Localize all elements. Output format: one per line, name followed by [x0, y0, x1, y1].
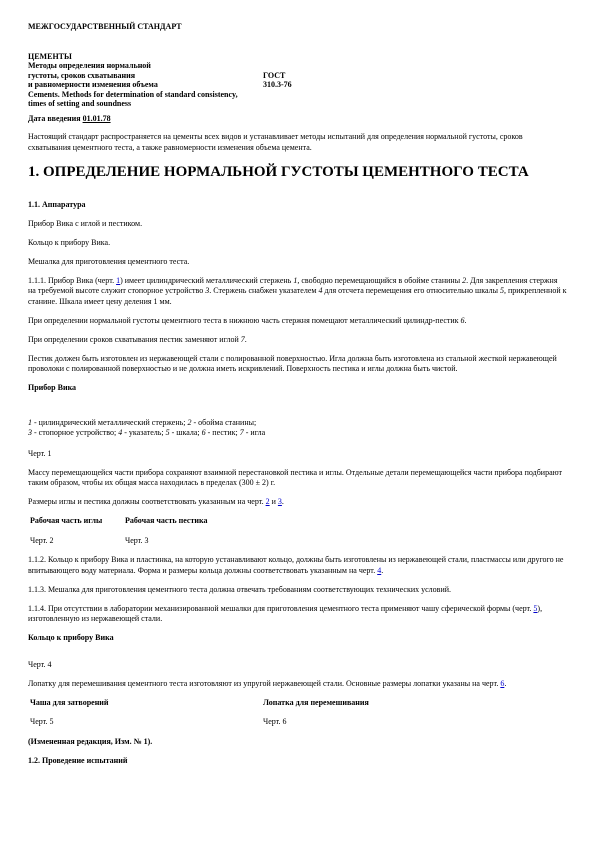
paragraph-mixer: Мешалка для приготовления цементного тес…	[28, 257, 567, 268]
paragraph-needle-use: При определении сроков схватывания пести…	[28, 335, 567, 346]
part-number-italic: 3	[28, 428, 32, 437]
paragraph-vicat-ring: Кольцо к прибору Вика.	[28, 238, 567, 249]
section-1-2-heading: 1.2. Проведение испытаний	[28, 756, 567, 767]
effective-date-line: Дата введения 01.01.78	[28, 114, 567, 125]
figure-1-caption: 1 - цилиндрический металлический стержен…	[28, 418, 567, 439]
part-number-italic: 4	[318, 286, 322, 295]
title-block-left: ЦЕМЕНТЫ Методы определения нормальной гу…	[28, 52, 263, 109]
part-number-italic: 6	[461, 316, 465, 325]
figure-link[interactable]: 2	[266, 497, 270, 506]
standard-subject: ЦЕМЕНТЫ	[28, 52, 263, 62]
part-number-italic: 5	[500, 286, 504, 295]
figure-pair-2-3-titles: Рабочая часть иглыРабочая часть пестика	[28, 516, 567, 527]
part-number-italic: 4	[118, 428, 122, 437]
figure-2-label: Черт. 2	[28, 536, 123, 547]
figure-6-title: Лопатка для перемешивания	[261, 698, 369, 709]
paragraph-1-1-2: 1.1.2. Кольцо к прибору Вика и пластинка…	[28, 555, 567, 576]
figure-6-label: Черт. 6	[261, 717, 287, 728]
figure-link[interactable]: 6	[500, 679, 504, 688]
figure-2-title: Рабочая часть иглы	[28, 516, 123, 527]
figure-link[interactable]: 3	[278, 497, 282, 506]
figure-pair-5-6-titles: Чаша для затворенийЛопатка для перемешив…	[28, 698, 567, 709]
amendment-note: (Измененная редакция, Изм. № 1).	[28, 737, 567, 748]
section-1-1-heading: 1.1. Аппаратура	[28, 200, 567, 211]
figure-pair-5-6-labels: Черт. 5Черт. 6	[28, 717, 567, 728]
paragraph-1-1-3: 1.1.3. Мешалка для приготовления цементн…	[28, 585, 567, 596]
figure-4-label: Черт. 4	[28, 660, 567, 671]
figure-5-label: Черт. 5	[28, 717, 261, 728]
part-number-italic: 3	[205, 286, 209, 295]
part-number-italic: 5	[166, 428, 170, 437]
figure-1-image-placeholder	[28, 394, 567, 418]
figure-1-label: Черт. 1	[28, 449, 567, 460]
effective-date-value: 01.01.78	[83, 114, 111, 123]
figure-link[interactable]: 5	[533, 604, 537, 613]
scope-paragraph: Настоящий стандарт распространяется на ц…	[28, 132, 567, 153]
part-number-italic: 1	[28, 418, 32, 427]
standard-title-en-line: times of setting and soundness	[28, 99, 263, 109]
title-block: ЦЕМЕНТЫ Методы определения нормальной гу…	[28, 52, 567, 109]
part-number-italic: 7	[240, 428, 244, 437]
standard-title-en-line: Cements. Methods for determination of st…	[28, 90, 263, 100]
paragraph-sizes: Размеры иглы и пестика должны соответств…	[28, 497, 567, 508]
part-number-italic: 1	[293, 276, 297, 285]
paragraph-1-1-4: 1.1.4. При отсутствии в лаборатории меха…	[28, 604, 567, 625]
paragraph-spatula: Лопатку для перемешивания цементного тес…	[28, 679, 567, 690]
figure-pair-5-6: Чаша для затворенийЛопатка для перемешив…	[28, 698, 567, 728]
figure-3-label: Черт. 3	[123, 536, 149, 547]
paragraph-pestle-use: При определении нормальной густоты цемен…	[28, 316, 567, 327]
standard-title-ru-line: Методы определения нормальной	[28, 61, 263, 71]
paragraph-steel-requirements: Пестик должен быть изготовлен из нержаве…	[28, 354, 567, 375]
paragraph-vicat-device: Прибор Вика с иглой и пестиком.	[28, 219, 567, 230]
standard-title-ru-line: густоты, сроков схватывания	[28, 71, 263, 81]
figure-5-title: Чаша для затворений	[28, 698, 261, 709]
figure-3-title: Рабочая часть пестика	[123, 516, 207, 527]
figure-4-image-placeholder	[28, 644, 567, 660]
designation-gost: ГОСТ	[263, 71, 292, 81]
document-page: МЕЖГОСУДАРСТВЕННЫЙ СТАНДАРТ ЦЕМЕНТЫ Мето…	[0, 0, 595, 842]
figure-link[interactable]: 1	[116, 276, 120, 285]
figure-1-title: Прибор Вика	[28, 383, 567, 394]
part-number-italic: 2	[462, 276, 466, 285]
figure-pair-2-3: Рабочая часть иглыРабочая часть пестика …	[28, 516, 567, 546]
part-number-italic: 6	[202, 428, 206, 437]
standard-type-label: МЕЖГОСУДАРСТВЕННЫЙ СТАНДАРТ	[28, 22, 567, 33]
effective-date-label: Дата введения	[28, 114, 83, 123]
figure-link[interactable]: 4	[377, 566, 381, 575]
section-1-heading: 1. ОПРЕДЕЛЕНИЕ НОРМАЛЬНОЙ ГУСТОТЫ ЦЕМЕНТ…	[28, 162, 548, 182]
designation-number: 310.3-76	[263, 80, 292, 90]
paragraph-1-1-1: 1.1.1. Прибор Вика (черт. 1) имеет цилин…	[28, 276, 567, 308]
figure-4-title: Кольцо к прибору Вика	[28, 633, 567, 644]
standard-title-ru-line: и равномерности изменения объема	[28, 80, 263, 90]
part-number-italic: 2	[188, 418, 192, 427]
part-number-italic: 7	[241, 335, 245, 344]
figure-pair-2-3-labels: Черт. 2Черт. 3	[28, 536, 567, 547]
paragraph-mass: Массу перемещающейся части прибора сохра…	[28, 468, 567, 489]
standard-designation: ГОСТ 310.3-76	[263, 52, 292, 109]
